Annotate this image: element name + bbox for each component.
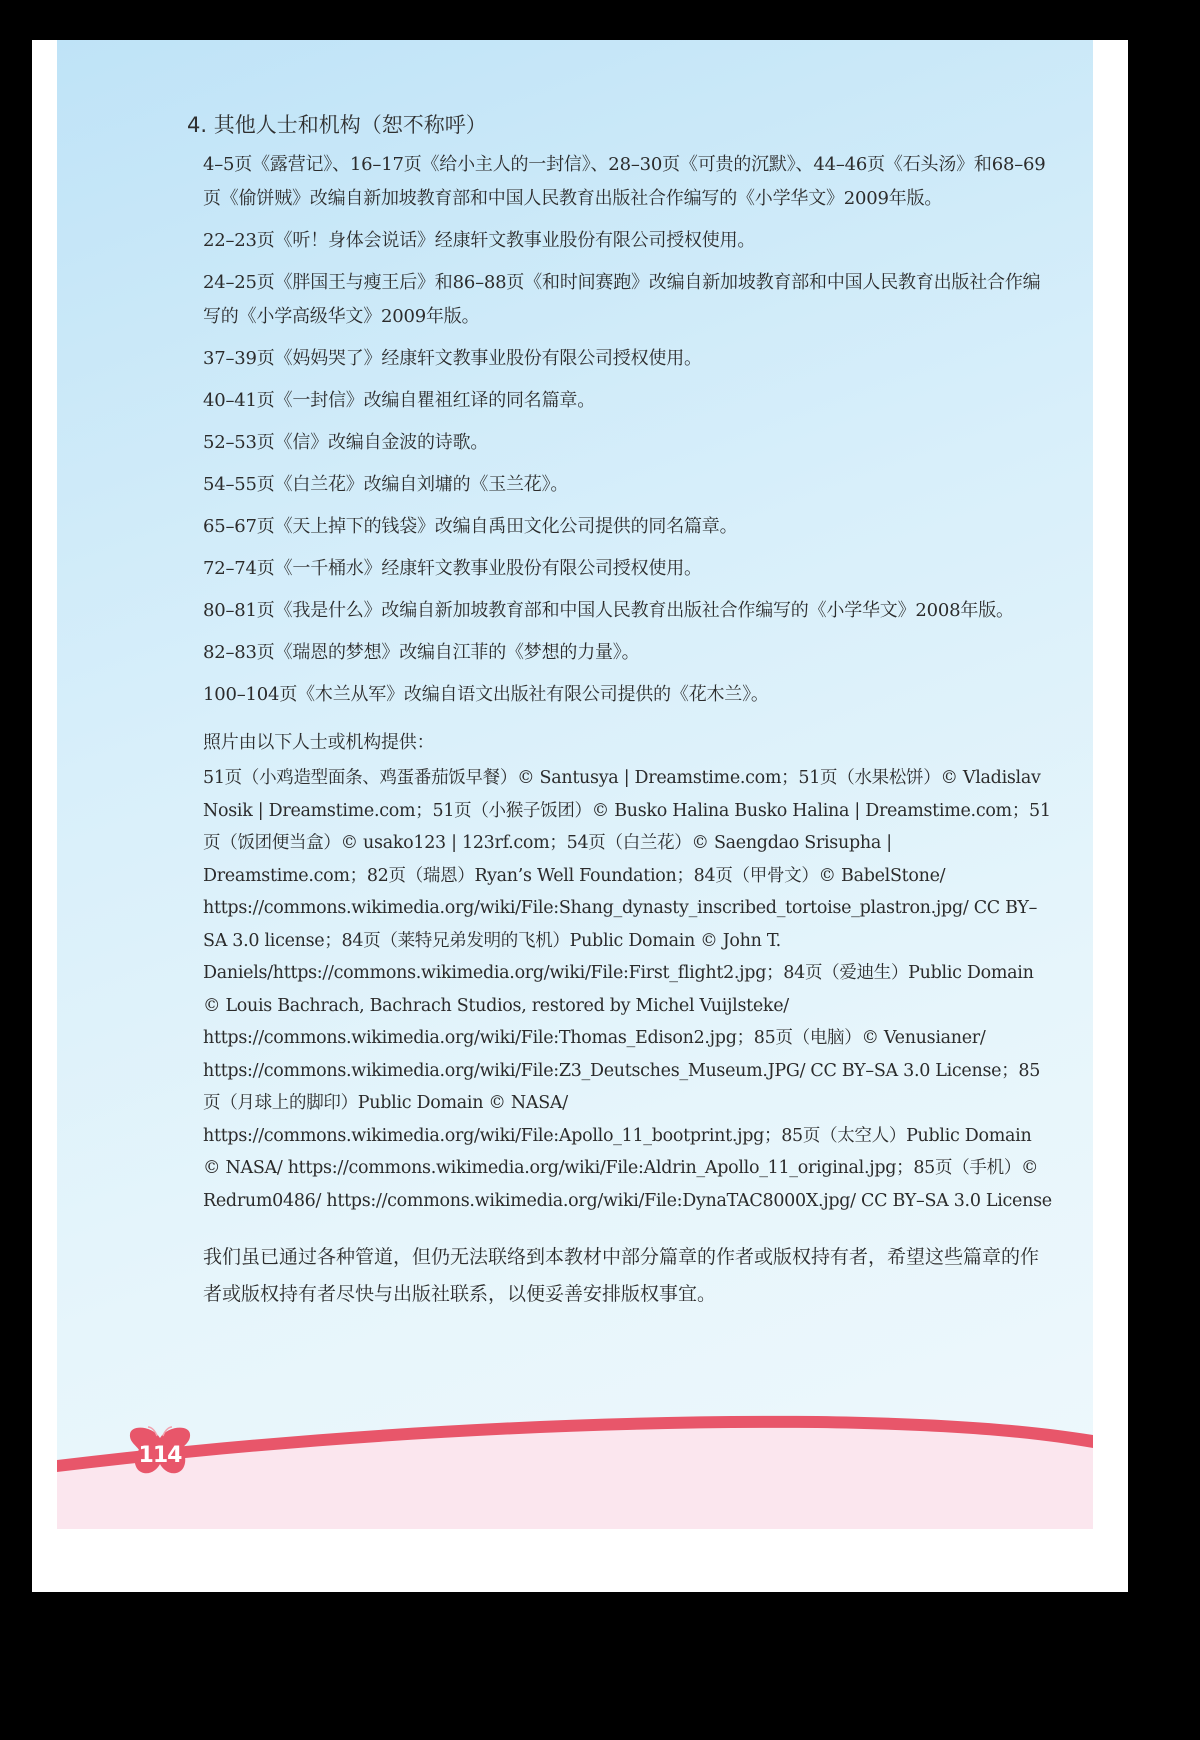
page-number: 114: [127, 1443, 193, 1468]
photo-credits-heading: 照片由以下人士或机构提供：: [203, 726, 1053, 760]
page-number-badge: 114: [127, 1424, 193, 1480]
source-entry: 37–39页《妈妈哭了》经康轩文教事业股份有限公司授权使用。: [203, 342, 1053, 376]
source-entry: 54–55页《白兰花》改编自刘墉的《玉兰花》。: [203, 468, 1053, 502]
photo-credits-text: 51页（小鸡造型面条、鸡蛋番茄饭早餐）© Santusya | Dreamsti…: [203, 762, 1053, 1217]
copyright-notice: 我们虽已通过各种管道，但仍无法联络到本教材中部分篇章的作者或版权持有者，希望这些…: [203, 1239, 1053, 1313]
source-list: 4–5页《露营记》、16–17页《给小主人的一封信》、28–30页《可贵的沉默》…: [203, 148, 1053, 712]
source-entry: 100–104页《木兰从军》改编自语文出版社有限公司提供的《花木兰》。: [203, 678, 1053, 712]
source-entry: 4–5页《露营记》、16–17页《给小主人的一封信》、28–30页《可贵的沉默》…: [203, 148, 1053, 216]
source-entry: 80–81页《我是什么》改编自新加坡教育部和中国人民教育出版社合作编写的《小学华…: [203, 594, 1053, 628]
source-entry: 65–67页《天上掉下的钱袋》改编自禹田文化公司提供的同名篇章。: [203, 510, 1053, 544]
source-entry: 40–41页《一封信》改编自瞿祖红译的同名篇章。: [203, 384, 1053, 418]
source-entry: 72–74页《一千桶水》经康轩文教事业股份有限公司授权使用。: [203, 552, 1053, 586]
source-entry: 52–53页《信》改编自金波的诗歌。: [203, 426, 1053, 460]
source-entry: 24–25页《胖国王与瘦王后》和86–88页《和时间赛跑》改编自新加坡教育部和中…: [203, 266, 1053, 334]
acknowledgements-content: 4. 其他人士和机构（恕不称呼） 4–5页《露营记》、16–17页《给小主人的一…: [203, 110, 1053, 1313]
page-sheet: 114 4. 其他人士和机构（恕不称呼） 4–5页《露营记》、16–17页《给小…: [32, 40, 1128, 1592]
section-title: 4. 其他人士和机构（恕不称呼）: [187, 110, 1053, 140]
source-entry: 82–83页《瑞恩的梦想》改编自江菲的《梦想的力量》。: [203, 636, 1053, 670]
source-entry: 22–23页《听！身体会说话》经康轩文教事业股份有限公司授权使用。: [203, 224, 1053, 258]
